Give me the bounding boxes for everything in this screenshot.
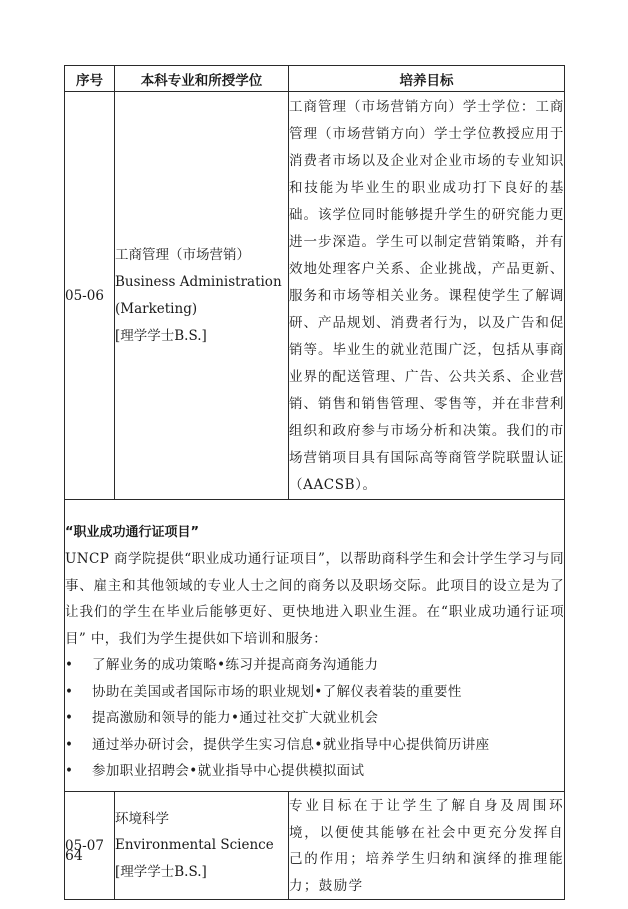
major-name-cn: 环境科学 [115,806,288,833]
bullet-icon: • [65,732,73,759]
training-goal-text: 专业目标在于让学生了解自身及周围环境，以便使其能够在社会中更充分发挥自己的作用；… [289,792,564,899]
list-item: •协助在美国或者国际市场的职业规划•了解仪表着装的重要性 [65,679,564,706]
table-header-row: 序号 本科专业和所授学位 培养目标 [65,66,565,92]
training-goal-cell: 工商管理（市场营销方向）学士学位：工商管理（市场营销方向）学士学位教授应用于消费… [289,92,565,500]
table-row: 05-06 工商管理（市场营销） Business Administration… [65,92,565,500]
degree-type: [理学学士B.S.] [115,323,288,350]
major-degree-cell: 环境科学 Environmental Science [理学学士B.S.] [115,792,289,900]
header-major-degree: 本科专业和所授学位 [115,66,289,92]
list-item-text: 了解业务的成功策略•练习并提高商务沟通能力 [92,657,378,673]
list-item: •提高激励和领导的能力•通过社交扩大就业机会 [65,705,564,732]
list-item: •了解业务的成功策略•练习并提高商务沟通能力 [65,652,564,679]
list-item-text: 协助在美国或者国际市场的职业规划•了解仪表着装的重要性 [92,684,462,700]
major-degree-cell: 工商管理（市场营销） Business Administration (Mark… [115,92,289,500]
list-item: •通过举办研讨会，提供学生实习信息•就业指导中心提供简历讲座 [65,732,564,759]
page-number: 64 [65,848,83,864]
bullet-icon: • [65,652,73,679]
degree-type: [理学学士B.S.] [115,859,288,886]
section-paragraph: UNCP 商学院提供“职业成功通行证项目”，以帮助商科学生和会计学生学习与同事、… [65,546,564,652]
career-passport-section: “职业成功通行证项目” UNCP 商学院提供“职业成功通行证项目”，以帮助商科学… [65,500,565,792]
major-name-en: Business Administration [115,269,288,296]
header-serial-number: 序号 [65,66,115,92]
list-item-text: 提高激励和领导的能力•通过社交扩大就业机会 [92,710,378,726]
table-row: 05-07 环境科学 Environmental Science [理学学士B.… [65,792,565,900]
serial-number: 05-07 [65,792,115,900]
bullet-icon: • [65,679,73,706]
header-training-goal: 培养目标 [289,66,565,92]
training-goal-cell: 专业目标在于让学生了解自身及周围环境，以便使其能够在社会中更充分发挥自己的作用；… [289,792,565,900]
training-goal-text: 工商管理（市场营销方向）学士学位：工商管理（市场营销方向）学士学位教授应用于消费… [289,92,564,499]
list-item: •参加职业招聘会•就业指导中心提供模拟面试 [65,758,564,785]
section-title: “职业成功通行证项目” [65,520,564,546]
degree-programs-table: 序号 本科专业和所授学位 培养目标 05-06 工商管理（市场营销） Busin… [64,65,565,900]
services-list: •了解业务的成功策略•练习并提高商务沟通能力 •协助在美国或者国际市场的职业规划… [65,652,564,785]
list-item-text: 参加职业招聘会•就业指导中心提供模拟面试 [92,763,364,779]
program-row: “职业成功通行证项目” UNCP 商学院提供“职业成功通行证项目”，以帮助商科学… [65,500,565,792]
serial-number: 05-06 [65,92,115,500]
major-name-cn: 工商管理（市场营销） [115,242,288,269]
bullet-icon: • [65,758,73,785]
list-item-text: 通过举办研讨会，提供学生实习信息•就业指导中心提供简历讲座 [92,737,490,753]
major-name-en-sub: (Marketing) [115,296,288,323]
bullet-icon: • [65,705,73,732]
major-name-en: Environmental Science [115,832,288,859]
